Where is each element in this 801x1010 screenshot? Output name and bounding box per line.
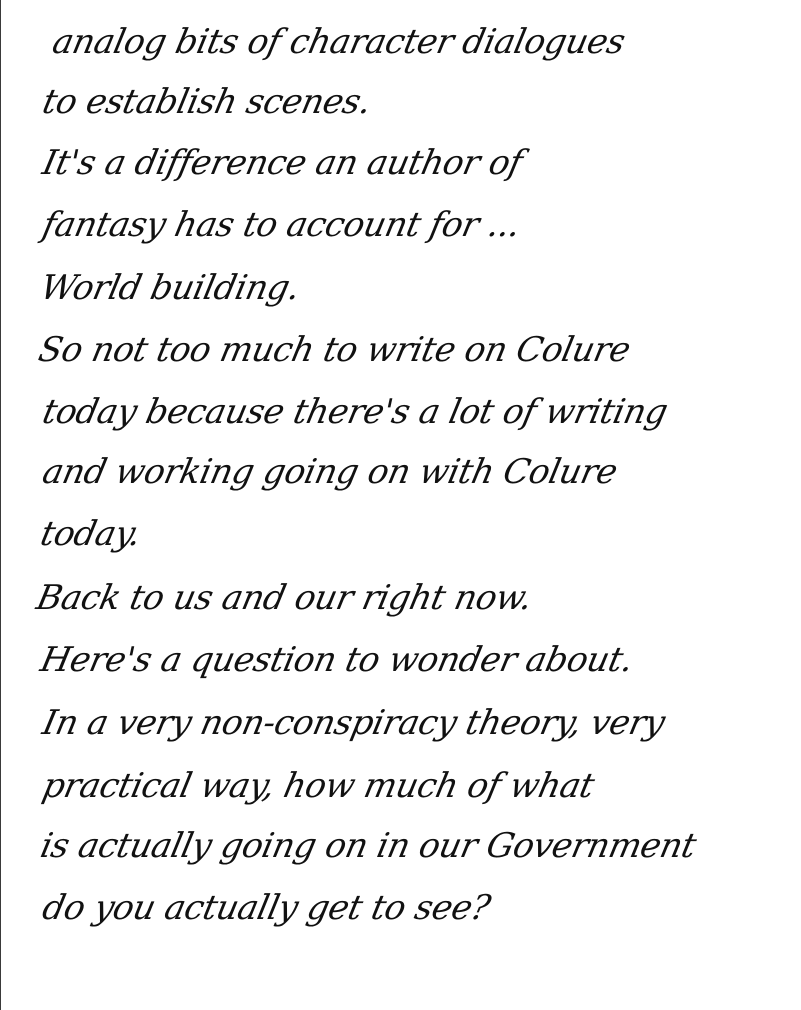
text-line: is actually going on in our Government <box>37 826 699 866</box>
handwritten-page: analog bits of character dialogues to es… <box>0 0 801 1010</box>
text-line: In a very non-conspiracy theory, very <box>39 703 668 743</box>
text-line: to establish scenes. <box>39 82 375 122</box>
text-line: Back to us and our right now. <box>33 578 535 618</box>
text-line: practical way, how much of what <box>39 766 598 806</box>
text-line: today. <box>37 514 144 554</box>
text-line: Here's a question to wonder about. <box>37 640 637 680</box>
text-line: fantasy has to account for ... <box>39 205 524 245</box>
text-line: So not too much to write on Colure <box>35 330 634 370</box>
text-line: analog bits of character dialogues <box>49 22 628 62</box>
text-line: do you actually get to see? <box>39 888 494 928</box>
text-line: today because there's a lot of writing <box>39 392 671 432</box>
text-line: It's a difference an author of <box>39 143 526 183</box>
text-line: World building. <box>37 268 303 308</box>
text-line: and working going on with Colure <box>39 452 621 492</box>
